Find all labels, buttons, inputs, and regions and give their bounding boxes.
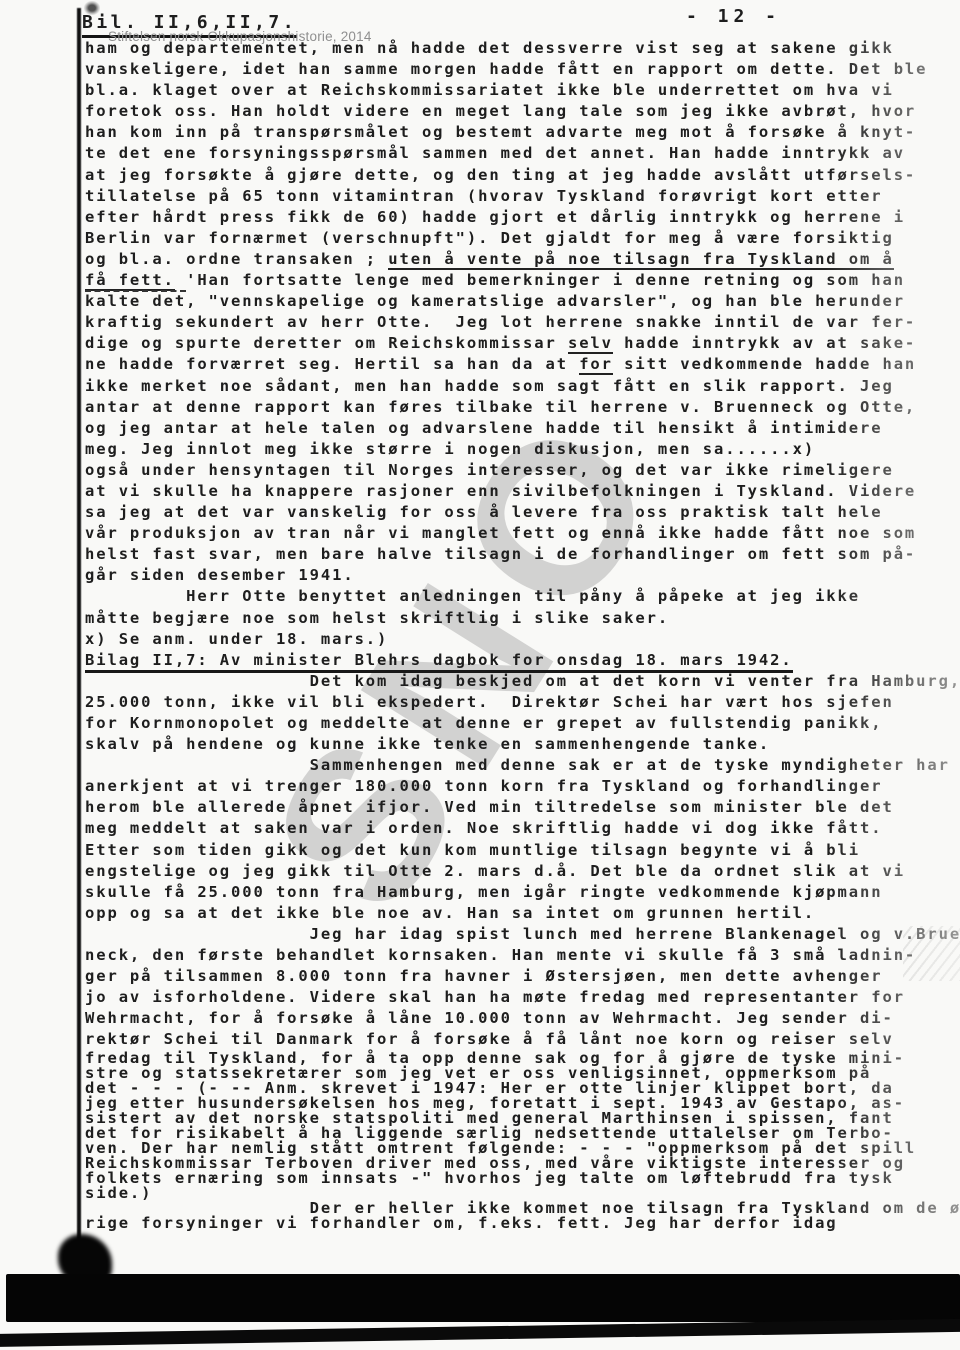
document-line: engstelige og jeg gikk til Otte 2. mars … — [85, 861, 960, 882]
document-line: 25.000 tonn, ikke vil bli ekspedert. Dir… — [85, 692, 960, 713]
document-line: neck, den første behandlet kornsaken. Ha… — [85, 945, 960, 966]
document-line: helst fast svar, men bare halve tilsagn … — [85, 544, 960, 565]
text-segment: Etter som tiden gikk og det kun kom munt… — [85, 841, 860, 859]
text-segment: jo av isforholdene. Videre skal han ha m… — [85, 988, 905, 1006]
scan-artifact-bottom-wedge — [0, 1319, 960, 1347]
document-line: Sammenhengen med denne sak er at de tysk… — [85, 755, 960, 776]
document-line: te det ene forsyningsspørsmål sammen med… — [85, 143, 960, 164]
document-line: Jeg har idag spist lunch med herrene Bla… — [85, 924, 960, 945]
document-line: sa jeg at det var vanskelig for oss å le… — [85, 502, 960, 523]
text-segment: at jeg forsøkte å gjøre dette, og den ti… — [85, 166, 916, 184]
text-segment: Wehrmacht, for å forsøke å låne 10.000 t… — [85, 1009, 894, 1027]
document-line: Det kom idag beskjed om at det korn vi v… — [85, 671, 960, 692]
document-line: ikke merket noe sådant, men han hadde so… — [85, 376, 960, 397]
document-line: få fett. 'Han fortsatte lenge med bemerk… — [85, 270, 960, 291]
text-segment: for Kornmonopolet og meddelte at denne e… — [85, 714, 882, 732]
document-line: og jeg antar at hele talen og advarslene… — [85, 418, 960, 439]
document-line: også under hensyntagen til Norges intere… — [85, 460, 960, 481]
document-line: Herr Otte benyttet anledningen til påny … — [85, 586, 960, 607]
text-segment: måtte begjære noe som helst skriftlig i … — [85, 609, 669, 627]
text-segment: rektør Schei til Danmark for å forsøke å… — [85, 1030, 894, 1048]
underlined-text: for — [579, 355, 613, 375]
document-line: han kom inn på transpørsmålet og bestemt… — [85, 122, 960, 143]
text-segment: kalte det — [85, 290, 186, 310]
document-line: skulle få 25.000 tonn fra Hamburg, men i… — [85, 882, 960, 903]
text-segment: sitt vedkommende hadde han — [613, 355, 916, 373]
text-segment: herom ble allerede åpnet ifjor. Ved min … — [85, 798, 894, 816]
text-segment: dige og spurte deretter om Reichskommiss… — [85, 334, 568, 352]
document-line: måtte begjære noe som helst skriftlig i … — [85, 608, 960, 629]
document-line: folkets ernæring som innsats -" hvorhos … — [85, 1171, 960, 1186]
document-line: skalv på hendene og kunne ikke tenke en … — [85, 734, 960, 755]
document-line: herom ble allerede åpnet ifjor. Ved min … — [85, 797, 960, 818]
text-segment: anerkjent at vi trenger 180.000 tonn kor… — [85, 777, 882, 795]
underlined-text: uten å vente på noe tilsagn fra Tyskland… — [388, 250, 893, 270]
document-line: kalte det, "vennskapelige og kameratslig… — [85, 291, 960, 312]
text-segment: Herr Otte benyttet anledningen til påny … — [85, 587, 860, 605]
document-line: for Kornmonopolet og meddelte at denne e… — [85, 713, 960, 734]
text-segment: at vi skulle ha knappere rasjoner enn si… — [85, 482, 916, 500]
text-segment: ne hadde forværret seg. Hertil sa han da… — [85, 355, 579, 373]
document-line: kraftig sekundert av herr Otte. Jeg lot … — [85, 312, 960, 333]
text-segment: helst fast svar, men bare halve tilsagn … — [85, 545, 916, 563]
text-segment: ikke merket noe sådant, men han hadde so… — [85, 377, 894, 395]
document-line: Bilag II,7: Av minister Blehrs dagbok fo… — [85, 650, 960, 671]
document-line: antar at denne rapport kan føres tilbake… — [85, 397, 960, 418]
document-line: rektør Schei til Danmark for å forsøke å… — [85, 1029, 960, 1050]
text-segment: efter hårdt press fikk de 60) hadde gjor… — [85, 208, 905, 226]
page-number: - 12 - — [686, 6, 781, 27]
document-page: SNO Bil. II,6,II,7. - 12 - Stiftelsen no… — [0, 0, 960, 1350]
text-segment: ger på tilsammen 8.000 tonn fra havner i… — [85, 967, 882, 985]
text-segment: neck, den første behandlet kornsaken. Ha… — [85, 946, 916, 964]
archive-stamp-text: Stiftelsen norsk Okkupasjonshistorie, 20… — [108, 29, 372, 44]
document-line: vår produksjon av tran når vi manglet fe… — [85, 523, 960, 544]
text-segment: meg meddelt at saken var i orden. Noe sk… — [85, 819, 882, 837]
text-segment: Sammenhengen med denne sak er at de tysk… — [85, 756, 950, 774]
document-line: opp og sa at det ikke ble noe av. Han sa… — [85, 903, 960, 924]
underlined-text: selv — [568, 334, 613, 354]
text-segment: kraftig sekundert av herr Otte. Jeg lot … — [85, 313, 916, 331]
text-segment: og jeg antar at hele talen og advarslene… — [85, 419, 882, 437]
text-segment: tillatelse på 65 tonn vitamintran (hvora… — [85, 187, 882, 205]
text-segment: engstelige og jeg gikk til Otte 2. mars … — [85, 862, 905, 880]
document-line: tillatelse på 65 tonn vitamintran (hvora… — [85, 186, 960, 207]
text-segment: 'Han fortsatte lenge med bemerkninger i … — [175, 271, 905, 289]
document-line: at jeg forsøkte å gjøre dette, og den ti… — [85, 165, 960, 186]
document-line: og bl.a. ordne transaken ; uten å vente … — [85, 249, 960, 270]
scan-artifact-speck — [84, 1, 100, 15]
document-line: at vi skulle ha knappere rasjoner enn si… — [85, 481, 960, 502]
text-segment: , "vennskapelige og kameratslige advarsl… — [186, 292, 905, 310]
text-segment: vanskeligere, idet han samme morgen hadd… — [85, 60, 927, 78]
text-segment: te det ene forsyningsspørsmål sammen med… — [85, 144, 905, 162]
text-segment: skulle få 25.000 tonn fra Hamburg, men i… — [85, 883, 882, 901]
text-segment: x) Se anm. under 18. mars.) — [85, 630, 388, 648]
document-line: foretok oss. Han holdt videre en meget l… — [85, 101, 960, 122]
text-segment: vår produksjon av tran når vi manglet fe… — [85, 524, 916, 542]
text-segment: går siden desember 1941. — [85, 566, 355, 584]
text-segment: antar at denne rapport kan føres tilbake… — [85, 398, 916, 416]
text-segment: Jeg har idag spist lunch med herrene Bla… — [85, 925, 960, 943]
text-segment: også under hensyntagen til Norges intere… — [85, 461, 894, 479]
document-line: Wehrmacht, for å forsøke å låne 10.000 t… — [85, 1008, 960, 1029]
document-line: går siden desember 1941. — [85, 565, 960, 586]
document-line: ne hadde forværret seg. Hertil sa han da… — [85, 354, 960, 375]
document-line: meg. Jeg innlot meg ikke større i nogen … — [85, 439, 960, 460]
text-segment: Berlin var fornærmet (verschnupft"). Det… — [85, 229, 894, 247]
text-segment: han kom inn på transpørsmålet og bestemt… — [85, 123, 916, 141]
document-line: anerkjent at vi trenger 180.000 tonn kor… — [85, 776, 960, 797]
document-line: bl.a. klaget over at Reichskommissariate… — [85, 80, 960, 101]
underlined-text: Bilag II,7: Av minister Blehrs dagbok fo… — [85, 651, 793, 673]
document-line: x) Se anm. under 18. mars.) — [85, 629, 960, 650]
text-segment: hadde inntrykk av at sake- — [613, 334, 916, 352]
text-segment: sa jeg at det var vanskelig for oss å le… — [85, 503, 882, 521]
text-segment: foretok oss. Han holdt videre en meget l… — [85, 102, 916, 120]
scan-artifact-left-edge — [77, 8, 81, 1274]
document-line: ger på tilsammen 8.000 tonn fra havner i… — [85, 966, 960, 987]
document-line: dige og spurte deretter om Reichskommiss… — [85, 333, 960, 354]
text-segment: opp og sa at det ikke ble noe av. Han sa… — [85, 904, 815, 922]
scan-artifact-scratches — [903, 926, 960, 981]
scan-artifact-bottom-bar — [6, 1274, 960, 1322]
text-segment: og bl.a. ordne transaken ; — [85, 250, 388, 268]
document-line: rige forsyninger vi forhandler om, f.eks… — [85, 1216, 960, 1231]
document-line: vanskeligere, idet han samme morgen hadd… — [85, 59, 960, 80]
document-body: ham og departementet, men nå hadde det d… — [85, 38, 960, 1231]
text-segment: meg. Jeg innlot meg ikke større i nogen … — [85, 440, 815, 458]
text-segment: folkets ernæring som innsats -" hvorhos … — [85, 1169, 894, 1187]
document-line: efter hårdt press fikk de 60) hadde gjor… — [85, 207, 960, 228]
document-line: meg meddelt at saken var i orden. Noe sk… — [85, 818, 960, 839]
document-line: jo av isforholdene. Videre skal han ha m… — [85, 987, 960, 1008]
text-segment: rige forsyninger vi forhandler om, f.eks… — [85, 1214, 838, 1232]
text-segment: 25.000 tonn, ikke vil bli ekspedert. Dir… — [85, 693, 894, 711]
document-line: Berlin var fornærmet (verschnupft"). Det… — [85, 228, 960, 249]
text-segment: bl.a. klaget over at Reichskommissariate… — [85, 81, 894, 99]
text-segment: Det kom idag beskjed om at det korn vi v… — [85, 672, 960, 690]
text-segment: skalv på hendene og kunne ikke tenke en … — [85, 735, 770, 753]
document-line: Etter som tiden gikk og det kun kom munt… — [85, 840, 960, 861]
underlined-text: få fett. — [85, 271, 175, 291]
